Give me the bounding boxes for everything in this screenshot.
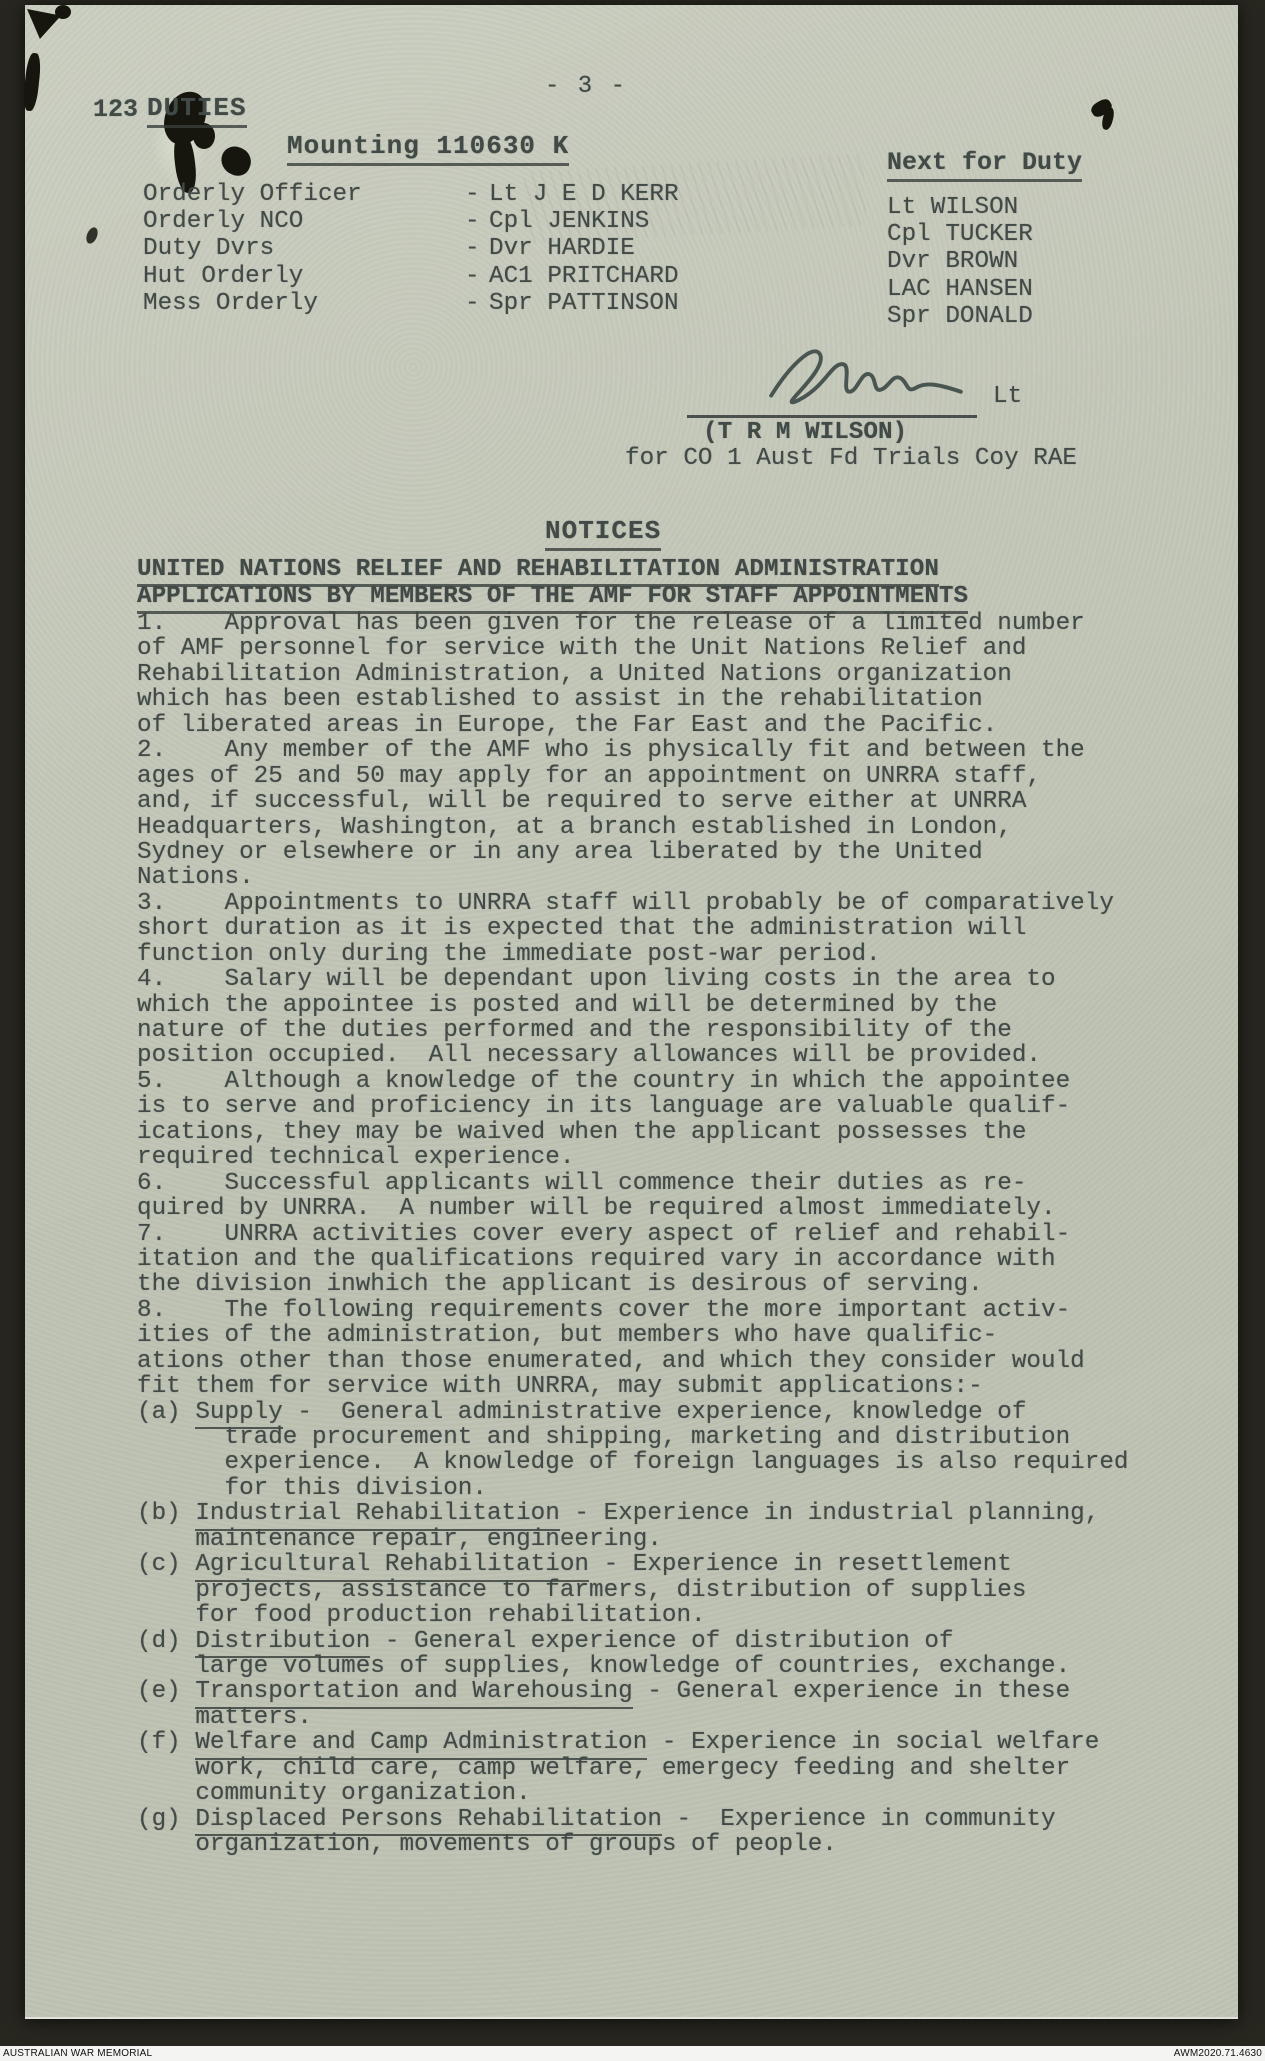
body-line: short duration as it is expected that th… bbox=[137, 916, 1147, 941]
roster-dash: - bbox=[465, 235, 480, 262]
sub-item-continuation: matters. bbox=[137, 1705, 1147, 1730]
sub-item-continuation: trade procurement and shipping, marketin… bbox=[137, 1425, 1147, 1501]
notice-body: 1. Approval has been given for the relea… bbox=[137, 611, 1147, 1857]
notice-paragraph-lines: 1. Approval has been given for the relea… bbox=[137, 611, 1147, 1400]
roster-assigned: Lt J E D KERR bbox=[489, 181, 679, 208]
body-line: projects, assistance to farmers, distrib… bbox=[137, 1578, 1147, 1603]
body-line: 7. UNRRA activities cover every aspect o… bbox=[137, 1222, 1147, 1247]
body-line: work, child care, camp welfare, emergecy… bbox=[137, 1756, 1147, 1781]
roster-row: Orderly Officer - Lt J E D KERR Lt WILSO… bbox=[25, 181, 1238, 208]
sub-item: (b) Industrial Rehabilitation - Experien… bbox=[137, 1501, 1147, 1552]
signature-rule bbox=[687, 415, 977, 418]
notice-subject: UNITED NATIONS RELIEF AND REHABILITATION… bbox=[137, 556, 968, 610]
ink-blot bbox=[217, 143, 255, 180]
roster-role: Orderly Officer bbox=[143, 181, 362, 208]
next-for-duty-heading: Next for Duty bbox=[887, 148, 1082, 182]
body-line: itation and the qualifications required … bbox=[137, 1247, 1147, 1272]
sub-item: (f) Welfare and Camp Administration - Ex… bbox=[137, 1730, 1147, 1806]
sub-item-first-line: (f) Welfare and Camp Administration - Ex… bbox=[137, 1730, 1147, 1755]
sub-item: (c) Agricultural Rehabilitation - Experi… bbox=[137, 1552, 1147, 1628]
sub-item-continuation: organization, movements of groups of peo… bbox=[137, 1832, 1147, 1857]
sub-item-first-line: (g) Displaced Persons Rehabilitation - E… bbox=[137, 1807, 1147, 1832]
body-line: Headquarters, Washington, at a branch es… bbox=[137, 815, 1147, 840]
sub-item-text: - General experience of distribution of bbox=[370, 1628, 953, 1655]
sub-item-text: - Experience in industrial planning, bbox=[560, 1500, 1099, 1527]
body-line: 8. The following requirements cover the … bbox=[137, 1298, 1147, 1323]
roster-dash: - bbox=[465, 263, 480, 290]
sub-item-letter: (d) bbox=[137, 1628, 195, 1655]
body-line: experience. A knowledge of foreign langu… bbox=[137, 1450, 1147, 1475]
roster-role: Orderly NCO bbox=[143, 208, 303, 235]
body-line: Nations. bbox=[137, 865, 1147, 890]
body-line: quired by UNRRA. A number will be requir… bbox=[137, 1196, 1147, 1221]
body-line: 6. Successful applicants will commence t… bbox=[137, 1171, 1147, 1196]
sub-item-letter: (g) bbox=[137, 1806, 195, 1833]
body-line: of liberated areas in Europe, the Far Ea… bbox=[137, 713, 1147, 738]
roster-assigned: Dvr HARDIE bbox=[489, 235, 635, 262]
torn-corner-mark bbox=[22, 52, 42, 111]
roster-assigned: Spr PATTINSON bbox=[489, 290, 679, 317]
roster-dash: - bbox=[465, 181, 480, 208]
body-line: position occupied. All necessary allowan… bbox=[137, 1043, 1147, 1068]
body-line: maintenance repair, engineering. bbox=[137, 1527, 1147, 1552]
sub-item-first-line: (a) Supply - General administrative expe… bbox=[137, 1400, 1147, 1425]
roster-assigned: AC1 PRITCHARD bbox=[489, 263, 679, 290]
roster-dash: - bbox=[465, 208, 480, 235]
body-line: trade procurement and shipping, marketin… bbox=[137, 1425, 1147, 1450]
roster-dash: - bbox=[465, 290, 480, 317]
mounting-heading: Mounting 110630 K bbox=[287, 131, 569, 166]
body-line: Sydney or elsewhere or in any area liber… bbox=[137, 840, 1147, 865]
roster-row: Mess Orderly - Spr PATTINSON Spr DONALD bbox=[25, 290, 1238, 317]
duties-heading: DUTIES bbox=[147, 93, 247, 128]
sub-item-first-line: (e) Transportation and Warehousing - Gen… bbox=[137, 1679, 1147, 1704]
body-line: 3. Appointments to UNRRA staff will prob… bbox=[137, 891, 1147, 916]
body-line: which the appointee is posted and will b… bbox=[137, 993, 1147, 1018]
body-line: 1. Approval has been given for the relea… bbox=[137, 611, 1147, 636]
body-line: ages of 25 and 50 may apply for an appoi… bbox=[137, 764, 1147, 789]
body-line: 5. Although a knowledge of the country i… bbox=[137, 1069, 1147, 1094]
signature-name: (T R M WILSON) bbox=[703, 419, 907, 446]
sub-item-text: - General administrative experience, kno… bbox=[283, 1399, 1027, 1426]
body-line: function only during the immediate post-… bbox=[137, 942, 1147, 967]
body-line: for this division. bbox=[137, 1476, 1147, 1501]
notices-heading: NOTICES bbox=[545, 516, 661, 551]
sub-item: (e) Transportation and Warehousing - Gen… bbox=[137, 1679, 1147, 1730]
roster-assigned: Cpl JENKINS bbox=[489, 208, 649, 235]
body-line: ations other than those enumerated, and … bbox=[137, 1349, 1147, 1374]
notice-subject-line: APPLICATIONS BY MEMBERS OF THE AMF FOR S… bbox=[137, 583, 968, 610]
body-line: nature of the duties performed and the r… bbox=[137, 1018, 1147, 1043]
body-line: is to serve and proficiency in its langu… bbox=[137, 1094, 1147, 1119]
roster-role: Mess Orderly bbox=[143, 290, 318, 317]
sub-item-first-line: (b) Industrial Rehabilitation - Experien… bbox=[137, 1501, 1147, 1526]
sub-item-letter: (b) bbox=[137, 1500, 195, 1527]
signature-authority-line: for CO 1 Aust Fd Trials Coy RAE bbox=[625, 445, 1077, 472]
body-line: 2. Any member of the AMF who is physical… bbox=[137, 738, 1147, 763]
sub-item-text: - Experience in resettlement bbox=[589, 1551, 1012, 1578]
sub-item-first-line: (d) Distribution - General experience of… bbox=[137, 1629, 1147, 1654]
notice-sub-items: (a) Supply - General administrative expe… bbox=[137, 1400, 1147, 1858]
body-line: ications, they may be waived when the ap… bbox=[137, 1120, 1147, 1145]
roster-row: Hut Orderly - AC1 PRITCHARD LAC HANSEN bbox=[25, 263, 1238, 290]
roster-next-for-duty: Spr DONALD bbox=[887, 303, 1033, 330]
body-line: organization, movements of groups of peo… bbox=[137, 1832, 1147, 1857]
body-line: large volumes of supplies, knowledge of … bbox=[137, 1654, 1147, 1679]
sub-item-continuation: projects, assistance to farmers, distrib… bbox=[137, 1578, 1147, 1629]
roster-row: Orderly NCO - Cpl JENKINS Cpl TUCKER bbox=[25, 208, 1238, 235]
body-line: and, if successful, will be required to … bbox=[137, 789, 1147, 814]
torn-corner-mark bbox=[55, 5, 71, 19]
sub-item-text: - Experience in community bbox=[662, 1806, 1056, 1833]
sub-item-text: - Experience in social welfare bbox=[647, 1729, 1099, 1756]
margin-number: 123 bbox=[93, 95, 138, 124]
archive-source-label: AUSTRALIAN WAR MEMORIAL bbox=[3, 2048, 152, 2059]
sub-item-text: - General experience in these bbox=[633, 1678, 1070, 1705]
roster-role: Duty Dvrs bbox=[143, 235, 274, 262]
body-line: community organization. bbox=[137, 1781, 1147, 1806]
sub-item-letter: (f) bbox=[137, 1729, 195, 1756]
body-line: required technical experience. bbox=[137, 1145, 1147, 1170]
notice-subject-line: UNITED NATIONS RELIEF AND REHABILITATION… bbox=[137, 556, 968, 583]
body-line: ities of the administration, but members… bbox=[137, 1323, 1147, 1348]
body-line: of AMF personnel for service with the Un… bbox=[137, 636, 1147, 661]
roster-role: Hut Orderly bbox=[143, 263, 303, 290]
signature-ink bbox=[760, 335, 972, 423]
body-line: 4. Salary will be dependant upon living … bbox=[137, 967, 1147, 992]
page-number: - 3 - bbox=[545, 73, 627, 100]
sub-item-continuation: work, child care, camp welfare, emergecy… bbox=[137, 1756, 1147, 1807]
sub-item-continuation: large volumes of supplies, knowledge of … bbox=[137, 1654, 1147, 1679]
sub-item: (a) Supply - General administrative expe… bbox=[137, 1400, 1147, 1502]
sub-item-letter: (e) bbox=[137, 1678, 195, 1705]
sub-item-continuation: maintenance repair, engineering. bbox=[137, 1527, 1147, 1552]
signature-rank: Lt bbox=[993, 383, 1022, 410]
archive-accession-number: AWM2020.71.4630 bbox=[1174, 2048, 1262, 2059]
sub-item: (g) Displaced Persons Rehabilitation - E… bbox=[137, 1807, 1147, 1858]
body-line: the division inwhich the applicant is de… bbox=[137, 1272, 1147, 1297]
sub-item: (d) Distribution - General experience of… bbox=[137, 1629, 1147, 1680]
body-line: which has been established to assist in … bbox=[137, 687, 1147, 712]
sub-item-letter: (c) bbox=[137, 1551, 195, 1578]
document-page: - 3 - 123 DUTIES Mounting 110630 K Next … bbox=[25, 5, 1238, 2019]
duty-roster: Orderly Officer - Lt J E D KERR Lt WILSO… bbox=[25, 181, 1238, 317]
body-line: fit them for service with UNRRA, may sub… bbox=[137, 1374, 1147, 1399]
body-line: matters. bbox=[137, 1705, 1147, 1730]
archive-caption-bar: AUSTRALIAN WAR MEMORIAL AWM2020.71.4630 bbox=[0, 2046, 1265, 2061]
body-line: Rehabilitation Administration, a United … bbox=[137, 662, 1147, 687]
sub-item-letter: (a) bbox=[137, 1399, 195, 1426]
body-line: for food production rehabilitation. bbox=[137, 1603, 1147, 1628]
roster-row: Duty Dvrs - Dvr HARDIE Dvr BROWN bbox=[25, 235, 1238, 262]
scan-background: - 3 - 123 DUTIES Mounting 110630 K Next … bbox=[0, 0, 1265, 2061]
sub-item-first-line: (c) Agricultural Rehabilitation - Experi… bbox=[137, 1552, 1147, 1577]
